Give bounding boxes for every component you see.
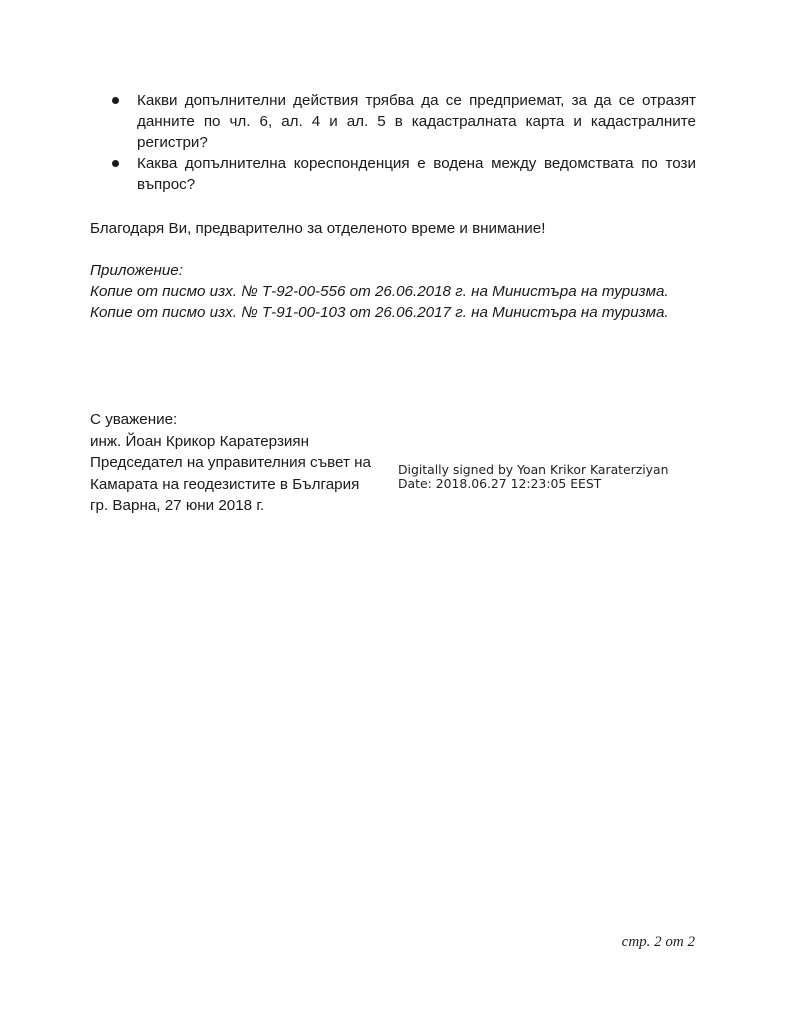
place-date: гр. Варна, 27 юни 2018 г.: [90, 495, 371, 517]
digital-signature-date: Date: 2018.06.27 12:23:05 EEST: [398, 477, 668, 491]
digital-signature-stamp[interactable]: Digitally signed by Yoan Krikor Karaterz…: [398, 463, 668, 490]
digital-signed-by: Digitally signed by Yoan Krikor Karaterz…: [398, 463, 668, 477]
signature-closing: С уважение:: [90, 409, 371, 431]
thanks-paragraph: Благодаря Ви, предварително за отделенот…: [90, 218, 545, 239]
signatory-title-line2: Камарата на геодезистите в България: [90, 474, 371, 496]
signatory-title-line1: Председател на управителния съвет на: [90, 452, 371, 474]
appendix-heading: Приложение:: [90, 260, 669, 281]
list-item: Какви допълнителни действия трябва да се…: [112, 90, 696, 153]
appendix-section: Приложение: Копие от писмо изх. № Т-92-0…: [90, 260, 669, 323]
document-page: Какви допълнителни действия трябва да се…: [0, 0, 786, 1018]
list-item: Каква допълнителна кореспонденция е воде…: [112, 153, 696, 195]
question-list: Какви допълнителни действия трябва да се…: [112, 90, 696, 195]
page-number: стр. 2 от 2: [622, 934, 695, 951]
bullet-icon: [112, 160, 119, 167]
signatory-name: инж. Йоан Крикор Каратерзиян: [90, 431, 371, 453]
bullet-icon: [112, 97, 119, 104]
appendix-item: Копие от писмо изх. № Т-92-00-556 от 26.…: [90, 281, 669, 302]
signature-block: С уважение: инж. Йоан Крикор Каратерзиян…: [90, 409, 371, 517]
appendix-item: Копие от писмо изх. № Т-91-00-103 от 26.…: [90, 302, 669, 323]
list-item-text: Каква допълнителна кореспонденция е воде…: [137, 155, 696, 193]
list-item-text: Какви допълнителни действия трябва да се…: [137, 92, 696, 151]
